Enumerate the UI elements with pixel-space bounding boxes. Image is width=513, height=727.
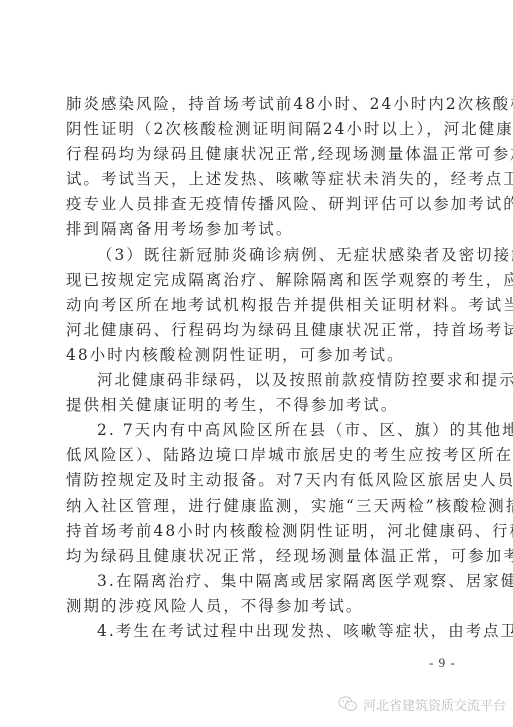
page-number: - 9 - bbox=[429, 655, 456, 671]
text-line: 排到隔离备用考场参加考试。 bbox=[66, 217, 454, 242]
text-line: 动向考区所在地考试机构报告并提供相关证明材料。考试当天， bbox=[66, 293, 454, 318]
paragraph-start-line: 4.考生在考试过程中出现发热、咳嗽等症状，由考点卫生防 bbox=[66, 619, 454, 644]
paragraph-start-line: （3）既往新冠肺炎确诊病例、无症状感染者及密切接触者， bbox=[66, 243, 454, 268]
text-line: 低风险区）、陆路边境口岸城市旅居史的考生应按考区所在地疫 bbox=[66, 443, 454, 468]
text-line: 阴性证明（2次核酸检测证明间隔24小时以上），河北健康码、 bbox=[66, 117, 454, 142]
text-line: 情防控规定及时主动报备。对7天内有低风险区旅居史人员，要 bbox=[66, 468, 454, 493]
watermark: 河北省建筑资质交流平台 bbox=[338, 694, 506, 714]
text-line: 测期的涉疫风险人员，不得参加考试。 bbox=[66, 594, 454, 619]
paragraph-start-line: 河北健康码非绿码，以及按照前款疫情防控要求和提示无法 bbox=[66, 368, 454, 393]
text-line: 肺炎感染风险，持首场考试前48小时、24小时内2次核酸检测 bbox=[66, 92, 454, 117]
text-line: 持首场考前48小时内核酸检测阴性证明，河北健康码、行程码 bbox=[66, 519, 454, 544]
text-line: 48小时内核酸检测阴性证明，可参加考试。 bbox=[66, 343, 454, 368]
text-line: 试。考试当天，上述发热、咳嗽等症状未消失的，经考点卫生防 bbox=[66, 167, 454, 192]
document-body: 肺炎感染风险，持首场考试前48小时、24小时内2次核酸检测 阴性证明（2次核酸检… bbox=[66, 92, 454, 644]
wechat-icon bbox=[338, 696, 358, 712]
text-line: 纳入社区管理，进行健康监测，实施“三天两检”核酸检测措施， bbox=[66, 494, 454, 519]
text-line: 现已按规定完成隔离治疗、解除隔离和医学观察的考生，应当主 bbox=[66, 268, 454, 293]
text-line: 提供相关健康证明的考生，不得参加考试。 bbox=[66, 393, 454, 418]
text-line: 疫专业人员排查无疫情传播风险、研判评估可以参加考试的，安 bbox=[66, 192, 454, 217]
text-line: 行程码均为绿码且健康状况正常,经现场测量体温正常可参加笔 bbox=[66, 142, 454, 167]
paragraph-start-line: 3.在隔离治疗、集中隔离或居家隔离医学观察、居家健康监 bbox=[66, 569, 454, 594]
paragraph-start-line: 2. 7天内有中高风险区所在县（市、区、旗）的其他地区（即 bbox=[66, 418, 454, 443]
watermark-text: 河北省建筑资质交流平台 bbox=[363, 695, 506, 714]
text-line: 均为绿码且健康状况正常，经现场测量体温正常，可参加考试。 bbox=[66, 544, 454, 569]
text-line: 河北健康码、行程码均为绿码且健康状况正常，持首场考试前 bbox=[66, 318, 454, 343]
